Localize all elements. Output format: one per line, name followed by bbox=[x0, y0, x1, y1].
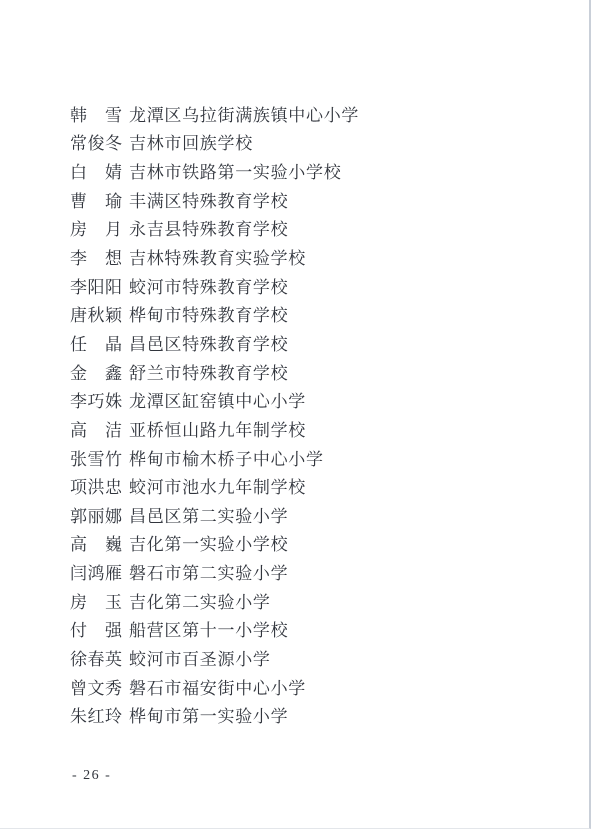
roster-list: 韩 雪龙潭区乌拉街满族镇中心小学常俊冬吉林市回族学校白 婧吉林市铁路第一实验小学… bbox=[70, 99, 359, 729]
school-name: 船营区第十一小学校 bbox=[129, 616, 288, 641]
school-name: 吉化第一实验小学校 bbox=[129, 530, 288, 555]
roster-row: 任 晶昌邑区特殊教育学校 bbox=[70, 328, 359, 357]
school-name: 蛟河市百圣源小学 bbox=[129, 645, 271, 670]
person-name: 李巧姝 bbox=[70, 387, 124, 412]
roster-row: 房 月永吉县特殊教育学校 bbox=[70, 214, 359, 243]
roster-row: 郭丽娜昌邑区第二实验小学 bbox=[70, 500, 359, 529]
person-name: 房 月 bbox=[70, 215, 124, 240]
person-name: 李阳阳 bbox=[70, 273, 124, 298]
roster-row: 高 洁亚桥恒山路九年制学校 bbox=[70, 414, 359, 443]
school-name: 蛟河市特殊教育学校 bbox=[129, 273, 288, 298]
person-name: 付 强 bbox=[70, 616, 124, 641]
school-name: 舒兰市特殊教育学校 bbox=[129, 359, 288, 384]
roster-row: 常俊冬吉林市回族学校 bbox=[70, 128, 359, 157]
person-name: 曾文秀 bbox=[70, 674, 124, 699]
roster-row: 闫鸿雁磐石市第二实验小学 bbox=[70, 557, 359, 586]
roster-row: 徐春英蛟河市百圣源小学 bbox=[70, 643, 359, 672]
roster-row: 朱红玲桦甸市第一实验小学 bbox=[70, 700, 359, 729]
person-name: 闫鸿雁 bbox=[70, 559, 124, 584]
school-name: 吉林市回族学校 bbox=[129, 129, 253, 154]
person-name: 金 鑫 bbox=[70, 359, 124, 384]
school-name: 昌邑区特殊教育学校 bbox=[129, 330, 288, 355]
document-page: 韩 雪龙潭区乌拉街满族镇中心小学常俊冬吉林市回族学校白 婧吉林市铁路第一实验小学… bbox=[0, 0, 591, 829]
person-name: 房 玉 bbox=[70, 588, 124, 613]
person-name: 徐春英 bbox=[70, 645, 124, 670]
person-name: 常俊冬 bbox=[70, 129, 124, 154]
roster-row: 曾文秀磐石市福安街中心小学 bbox=[70, 672, 359, 701]
roster-row: 白 婧吉林市铁路第一实验小学校 bbox=[70, 156, 359, 185]
school-name: 吉化第二实验小学 bbox=[129, 588, 271, 613]
roster-row: 房 玉吉化第二实验小学 bbox=[70, 586, 359, 615]
person-name: 项洪忠 bbox=[70, 473, 124, 498]
school-name: 龙潭区乌拉街满族镇中心小学 bbox=[129, 101, 359, 126]
person-name: 郭丽娜 bbox=[70, 502, 124, 527]
roster-row: 曹 瑜丰满区特殊教育学校 bbox=[70, 185, 359, 214]
school-name: 桦甸市榆木桥子中心小学 bbox=[129, 445, 324, 470]
roster-row: 李巧姝龙潭区缸窑镇中心小学 bbox=[70, 385, 359, 414]
person-name: 张雪竹 bbox=[70, 445, 124, 470]
school-name: 永吉县特殊教育学校 bbox=[129, 215, 288, 240]
person-name: 朱红玲 bbox=[70, 702, 124, 727]
school-name: 昌邑区第二实验小学 bbox=[129, 502, 288, 527]
roster-row: 韩 雪龙潭区乌拉街满族镇中心小学 bbox=[70, 99, 359, 128]
person-name: 李 想 bbox=[70, 244, 124, 269]
school-name: 吉林市铁路第一实验小学校 bbox=[129, 158, 341, 183]
roster-row: 高 巍吉化第一实验小学校 bbox=[70, 529, 359, 558]
person-name: 高 洁 bbox=[70, 416, 124, 441]
school-name: 磐石市福安街中心小学 bbox=[129, 674, 306, 699]
school-name: 亚桥恒山路九年制学校 bbox=[129, 416, 306, 441]
school-name: 桦甸市特殊教育学校 bbox=[129, 301, 288, 326]
school-name: 龙潭区缸窑镇中心小学 bbox=[129, 387, 306, 412]
person-name: 白 婧 bbox=[70, 158, 124, 183]
person-name: 曹 瑜 bbox=[70, 187, 124, 212]
person-name: 唐秋颖 bbox=[70, 301, 124, 326]
school-name: 磐石市第二实验小学 bbox=[129, 559, 288, 584]
school-name: 丰满区特殊教育学校 bbox=[129, 187, 288, 212]
roster-row: 李 想吉林特殊教育实验学校 bbox=[70, 242, 359, 271]
school-name: 蛟河市池水九年制学校 bbox=[129, 473, 306, 498]
roster-row: 付 强船营区第十一小学校 bbox=[70, 615, 359, 644]
roster-row: 张雪竹桦甸市榆木桥子中心小学 bbox=[70, 443, 359, 472]
roster-row: 金 鑫舒兰市特殊教育学校 bbox=[70, 357, 359, 386]
roster-row: 唐秋颖桦甸市特殊教育学校 bbox=[70, 299, 359, 328]
roster-row: 项洪忠蛟河市池水九年制学校 bbox=[70, 471, 359, 500]
school-name: 吉林特殊教育实验学校 bbox=[129, 244, 306, 269]
page-number: - 26 - bbox=[72, 768, 111, 784]
person-name: 韩 雪 bbox=[70, 101, 124, 126]
roster-row: 李阳阳蛟河市特殊教育学校 bbox=[70, 271, 359, 300]
person-name: 任 晶 bbox=[70, 330, 124, 355]
person-name: 高 巍 bbox=[70, 530, 124, 555]
school-name: 桦甸市第一实验小学 bbox=[129, 702, 288, 727]
